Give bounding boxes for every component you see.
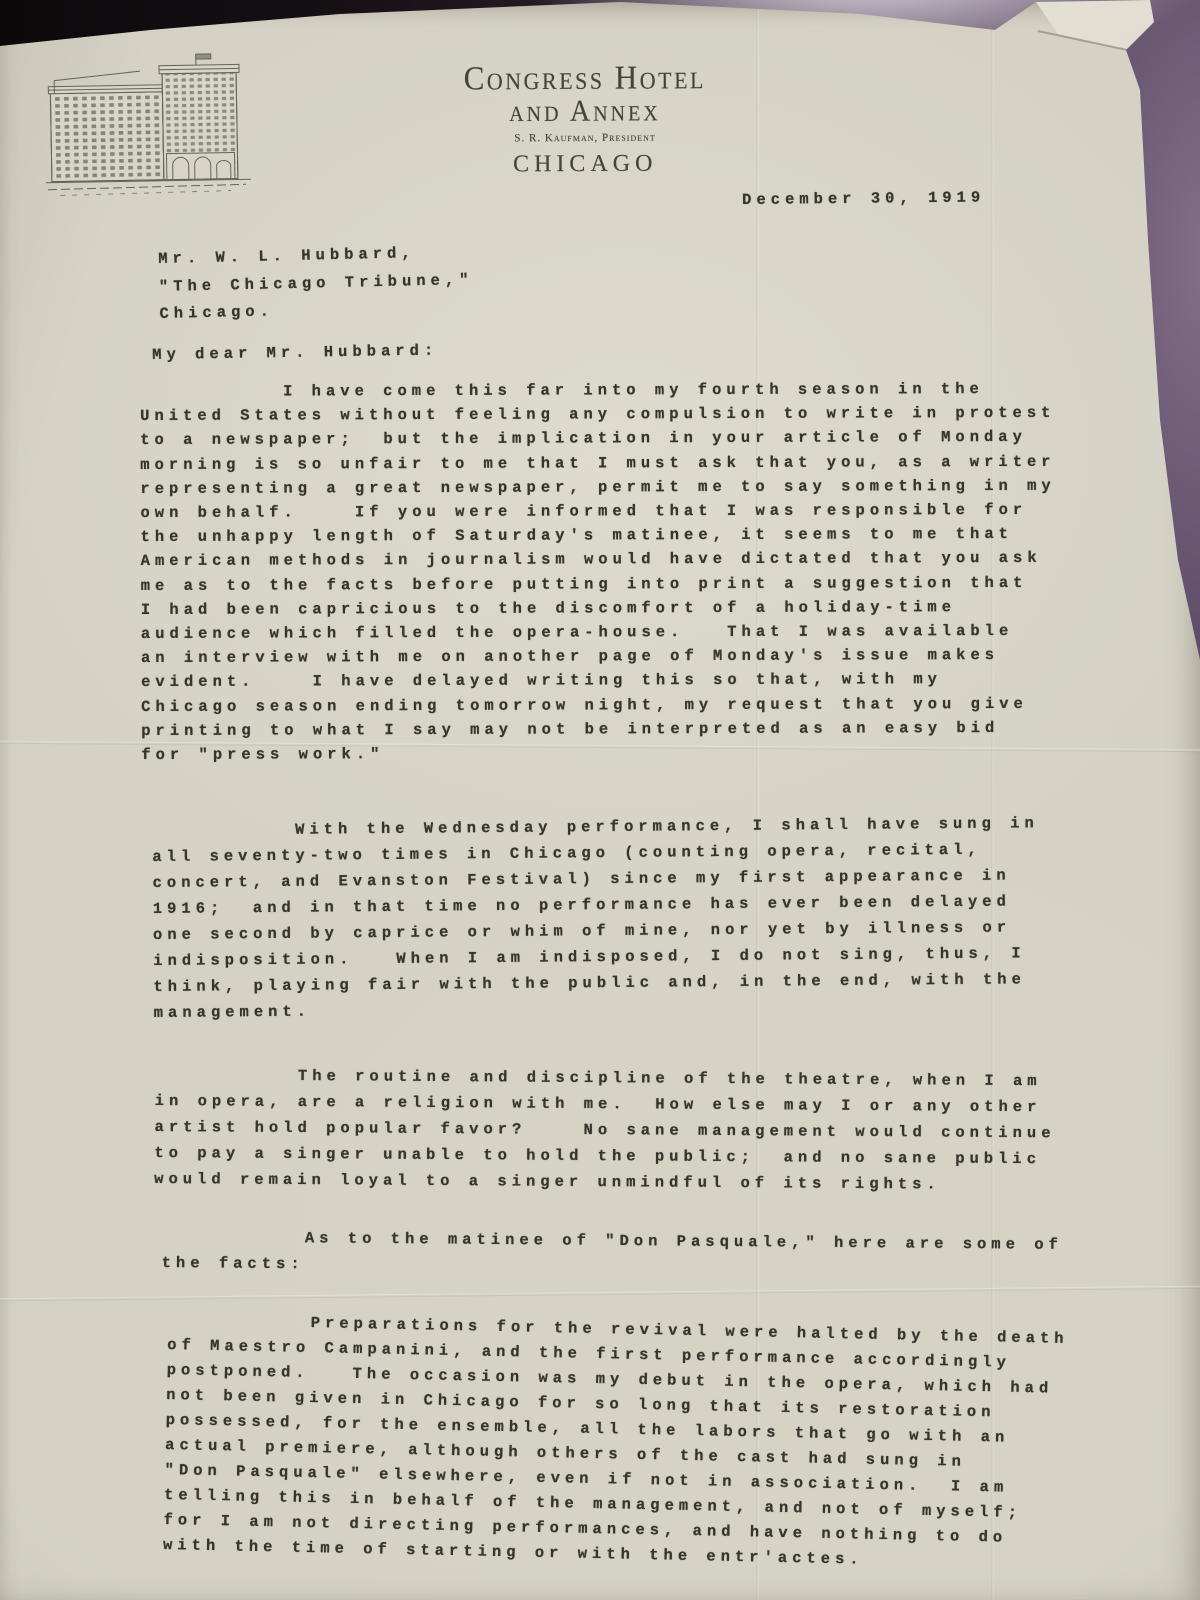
paragraph-1: I have come this far into my fourth seas… bbox=[140, 377, 1057, 767]
paragraph-3: The routine and discipline of the theatr… bbox=[154, 1062, 1056, 1198]
president-line: S. R. Kaufman, President bbox=[335, 129, 835, 148]
typed-line: Chicago season ending tomorrow night, my… bbox=[141, 691, 1056, 718]
typed-line: me as to the facts before putting into p… bbox=[141, 570, 1056, 597]
salutation: My dear Mr. Hubbard: bbox=[152, 338, 438, 368]
paragraph-5: Preparations for the revival were halted… bbox=[163, 1308, 1069, 1577]
typed-line: audience which filled the opera-house. T… bbox=[141, 619, 1056, 646]
hotel-building-engraving bbox=[44, 50, 252, 204]
typed-line: representing a great newspaper, permit m… bbox=[140, 474, 1055, 501]
typed-line: an interview with me on another page of … bbox=[141, 643, 1056, 670]
city-line: CHICAGO bbox=[335, 149, 835, 180]
typed-line: to a newspaper; but the implication in y… bbox=[140, 425, 1055, 452]
typed-line: for "press work." bbox=[141, 740, 1056, 767]
paragraph-4: As to the matinee of "Don Pasquale," her… bbox=[162, 1224, 1063, 1284]
typed-line: would remain loyal to a singer unmindful… bbox=[154, 1166, 1055, 1198]
paragraph-2: With the Wednesday performance, I shall … bbox=[152, 810, 1040, 1026]
typed-line: American methods in journalism would hav… bbox=[141, 546, 1056, 573]
letter-photo: Congress Hotel and Annex S. R. Kaufman, … bbox=[0, 0, 1200, 1600]
hotel-name-line2: and Annex bbox=[335, 93, 835, 130]
letter-paper: Congress Hotel and Annex S. R. Kaufman, … bbox=[0, 0, 1200, 1600]
typed-line: I have come this far into my fourth seas… bbox=[140, 377, 1055, 404]
typed-line: own behalf. If you were informed that I … bbox=[140, 498, 1055, 525]
recipient-address: Mr. W. L. Hubbard,"The Chicago Tribune,"… bbox=[158, 239, 474, 329]
typed-line: morning is so unfair to me that I must a… bbox=[140, 449, 1055, 476]
fold-crease-horizontal bbox=[0, 1286, 1200, 1302]
typed-line: United States without feeling any compul… bbox=[140, 401, 1055, 428]
typed-line: printing to what I say may not be interp… bbox=[141, 716, 1056, 743]
typed-line: the unhappy length of Saturday's matinee… bbox=[141, 522, 1056, 549]
typed-line: evident. I have delayed writing this so … bbox=[141, 667, 1056, 694]
letter-date: December 30, 1919 bbox=[742, 185, 985, 212]
hotel-name-line1: Congress Hotel bbox=[335, 57, 835, 98]
typed-line: I had been capricious to the discomfort … bbox=[141, 595, 1056, 622]
typed-line: Chicago. bbox=[159, 294, 474, 329]
letterhead: Congress Hotel and Annex S. R. Kaufman, … bbox=[335, 59, 836, 180]
